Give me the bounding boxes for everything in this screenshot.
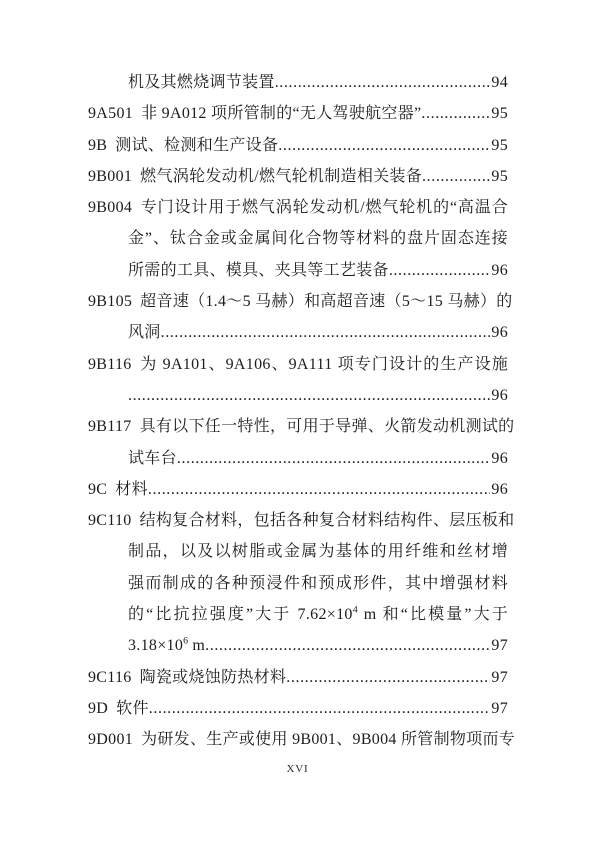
toc-entry-line: 9B116为 9A101、9A106、9A111 项专门设计的生产设施: [88, 349, 508, 380]
toc-title-fragment: 测试、检测和生产设备: [115, 137, 278, 154]
toc-page-ref: 97: [490, 693, 508, 724]
toc-page-ref: 96: [490, 443, 508, 474]
toc-item-code: 9B117: [88, 418, 132, 435]
toc-item-code: 9B116: [88, 356, 132, 373]
toc-entry-text: 9A501非 9A012 项所管制的“无人驾驶航空器”: [88, 98, 421, 129]
toc-title-fragment: 试车台: [128, 450, 177, 467]
toc-entry-text: 9B004专门设计用于燃气涡轮发动机/燃气轮机的“高温合: [88, 199, 508, 216]
toc-entry-line: 强而制成的各种预浸件和预成形件，其中增强材料: [88, 568, 508, 599]
toc-title-fragment: 的“比抗拉强度”大于 7.62×10: [128, 606, 353, 623]
toc-entry-text: 9B105超音速（1.4～5 马赫）和高超音速（5～15 马赫）的: [88, 293, 513, 310]
toc-item-code: 9B001: [88, 168, 132, 185]
toc-entry-line: 9B001燃气涡轮发动机/燃气轮机制造相关装备95: [88, 161, 508, 192]
toc-title-fragment: 结构复合材料，包括各种复合材料结构件、层压板和: [140, 512, 515, 529]
toc-title-fragment: 非 9A012 项所管制的“无人驾驶航空器”: [141, 105, 421, 122]
toc-entry-line: 所需的工具、模具、夹具等工艺装备 96: [88, 255, 508, 286]
toc-title-fragment: 专门设计用于燃气涡轮发动机/燃气轮机的“高温合: [140, 199, 508, 216]
toc-entry-text: 9B116为 9A101、9A106、9A111 项专门设计的生产设施: [88, 356, 508, 373]
toc-entry-line: 试车台 96: [88, 443, 508, 474]
toc-item-code: 9B004: [88, 199, 132, 216]
toc-title-fragment: 风洞: [128, 324, 161, 341]
dot-leader: [161, 317, 491, 348]
toc-title-fragment: 燃气涡轮发动机/燃气轮机制造相关装备: [140, 168, 422, 185]
dot-leader: [278, 130, 490, 161]
toc-entry-text: 的“比抗拉强度”大于 7.62×104 m 和“比模量”大于: [128, 606, 508, 623]
toc-title-fragment: 超音速（1.4～5 马赫）和高超音速（5～15 马赫）的: [140, 293, 512, 310]
toc-page-ref: 96: [490, 380, 508, 411]
toc-title-fragment: 机及其燃烧调节装置: [128, 74, 275, 91]
toc-item-code: 9A501: [88, 105, 133, 122]
toc-item-code: 9B105: [88, 293, 132, 310]
toc-entry-line: 9C116陶瓷或烧蚀防热材料 97: [88, 662, 508, 693]
toc-entry-text: 9C110结构复合材料，包括各种复合材料结构件、层压板和: [88, 512, 514, 529]
toc-entry-line: 9D001为研发、生产或使用 9B001、9B004 所管制物项而专: [88, 724, 508, 755]
toc-entry-text: 风洞: [128, 317, 161, 348]
toc-entry-text: 9B测试、检测和生产设备: [88, 130, 278, 161]
toc-page-ref: 97: [490, 630, 508, 661]
toc-entry-line: 9D软件 97: [88, 693, 508, 724]
toc-page-ref: 97: [490, 662, 508, 693]
toc-page-ref: 94: [490, 67, 508, 98]
dot-leader: [148, 474, 491, 505]
toc-item-code: 9C: [88, 481, 107, 498]
toc-title-fragment: 具有以下任一特性，可用于导弹、火箭发动机测试的: [140, 418, 515, 435]
toc-title-fragment: m: [188, 637, 205, 654]
toc-title-fragment: 3.18×10: [128, 637, 183, 654]
toc-entry-line: 9C110结构复合材料，包括各种复合材料结构件、层压板和: [88, 505, 508, 536]
toc-entry-text: 9B117具有以下任一特性，可用于导弹、火箭发动机测试的: [88, 418, 514, 435]
toc-title-fragment: 为研发、生产或使用 9B001、9B004 所管制物项而专: [141, 731, 515, 748]
toc-item-code: 9C116: [88, 669, 132, 686]
toc-entry-text: 9C材料: [88, 474, 148, 505]
toc-page-ref: 95: [490, 130, 508, 161]
toc-entry-line: 3.18×106 m97: [88, 630, 508, 661]
toc-item-code: 9C110: [88, 512, 132, 529]
toc-entry-text: 试车台: [128, 443, 177, 474]
folio-page-number: XVI: [0, 763, 595, 775]
toc-item-code: 9D001: [88, 731, 133, 748]
toc-title-fragment: 金”、钛合金或金属间化合物等材料的盘片固态连接: [128, 230, 508, 247]
toc-entry-text: 3.18×106 m: [128, 630, 205, 661]
toc-page-ref: 95: [490, 161, 508, 192]
toc-title-fragment: 强而制成的各种预浸件和预成形件，其中增强材料: [128, 575, 508, 592]
dot-leader: [422, 161, 490, 192]
toc-title-fragment: 所需的工具、模具、夹具等工艺装备: [128, 262, 389, 279]
toc-entry-line: 9A501非 9A012 项所管制的“无人驾驶航空器”95: [88, 98, 508, 129]
toc-entry-text: 9C116陶瓷或烧蚀防热材料: [88, 662, 286, 693]
table-of-contents: 机及其燃烧调节装置949A501非 9A012 项所管制的“无人驾驶航空器”95…: [88, 67, 508, 756]
toc-page-ref: 96: [490, 255, 508, 286]
toc-item-code: 9D: [88, 700, 108, 717]
toc-entry-line: 的“比抗拉强度”大于 7.62×104 m 和“比模量”大于: [88, 599, 508, 630]
toc-entry-line: 制品，以及以树脂或金属为基体的用纤维和丝材增: [88, 536, 508, 567]
dot-leader: [205, 630, 490, 661]
toc-entry-text: 9B001燃气涡轮发动机/燃气轮机制造相关装备: [88, 161, 422, 192]
toc-entry-line: 9B105超音速（1.4～5 马赫）和高超音速（5～15 马赫）的: [88, 286, 508, 317]
toc-entry-text: 金”、钛合金或金属间化合物等材料的盘片固态连接: [128, 230, 508, 247]
toc-title-fragment: 材料: [115, 481, 148, 498]
toc-page-ref: 95: [490, 98, 508, 129]
toc-entry-line: 96: [88, 380, 508, 411]
toc-entry-line: 9B004专门设计用于燃气涡轮发动机/燃气轮机的“高温合: [88, 192, 508, 223]
dot-leader: [177, 443, 490, 474]
document-page: 机及其燃烧调节装置949A501非 9A012 项所管制的“无人驾驶航空器”95…: [0, 0, 595, 841]
toc-title-fragment: 软件: [116, 700, 149, 717]
toc-entry-line: 9B117具有以下任一特性，可用于导弹、火箭发动机测试的: [88, 411, 508, 442]
toc-title-fragment: m 和“比模量”大于: [358, 606, 508, 623]
toc-title-fragment: 为 9A101、9A106、9A111 项专门设计的生产设施: [140, 356, 508, 373]
toc-title-fragment: 陶瓷或烧蚀防热材料: [140, 669, 287, 686]
dot-leader: [128, 380, 490, 411]
toc-entry-text: 所需的工具、模具、夹具等工艺装备: [128, 255, 389, 286]
dot-leader: [389, 255, 491, 286]
toc-page-ref: 96: [490, 317, 508, 348]
toc-entry-line: 机及其燃烧调节装置94: [88, 67, 508, 98]
dot-leader: [149, 693, 491, 724]
toc-title-fragment: 制品，以及以树脂或金属为基体的用纤维和丝材增: [128, 543, 508, 560]
toc-page-ref: 96: [490, 474, 508, 505]
toc-entry-line: 风洞96: [88, 317, 508, 348]
toc-entry-line: 金”、钛合金或金属间化合物等材料的盘片固态连接: [88, 223, 508, 254]
dot-leader: [275, 67, 491, 98]
toc-entry-line: 9C材料96: [88, 474, 508, 505]
dot-leader: [286, 662, 490, 693]
toc-entry-text: 强而制成的各种预浸件和预成形件，其中增强材料: [128, 575, 508, 592]
toc-entry-text: 制品，以及以树脂或金属为基体的用纤维和丝材增: [128, 543, 508, 560]
toc-entry-text: 9D软件: [88, 693, 149, 724]
toc-entry-text: 9D001为研发、生产或使用 9B001、9B004 所管制物项而专: [88, 731, 515, 748]
toc-item-code: 9B: [88, 137, 107, 154]
toc-entry-line: 9B测试、检测和生产设备 95: [88, 130, 508, 161]
dot-leader: [421, 98, 490, 129]
toc-entry-text: 机及其燃烧调节装置: [128, 67, 275, 98]
